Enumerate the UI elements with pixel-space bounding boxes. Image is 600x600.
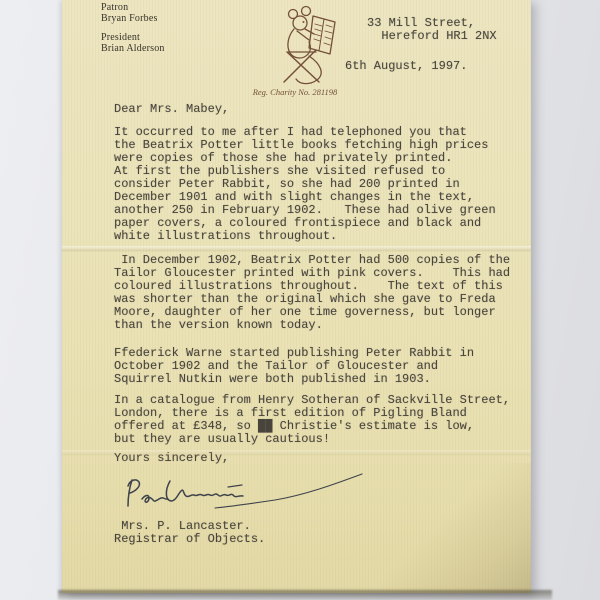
charity-registration-line: Reg. Charity No. 281198 — [200, 87, 390, 97]
mouse-reading-newspaper-icon — [267, 2, 353, 86]
body-paragraph-3: Ffederick Warne started publishing Peter… — [114, 347, 474, 386]
closing-line: Yours sincerely, — [114, 452, 229, 465]
signer-name-line: Mrs. P. Lancaster. — [114, 519, 251, 533]
body-paragraph-2: In December 1902, Beatrix Potter had 500… — [114, 254, 510, 332]
president-name: Brian Alderson — [101, 43, 165, 54]
handwritten-signature — [120, 466, 380, 516]
sender-address: 33 Mill Street, Hereford HR1 2NX — [367, 17, 497, 43]
letter-paper: PatronBryan Forbes PresidentBrian Alders… — [62, 0, 531, 593]
president-label: President — [101, 32, 140, 43]
letter-date: 6th August, 1997. — [345, 60, 467, 73]
fold-crease — [62, 246, 531, 252]
paper-corner-shadow — [381, 463, 531, 593]
salutation-line: Dear Mrs. Mabey, — [114, 103, 229, 116]
patron-label: Patron — [101, 2, 128, 13]
paper-edge-shadow — [58, 590, 552, 600]
body-paragraph-1: It occurred to me after I had telephoned… — [114, 126, 496, 243]
signer-block: Mrs. P. Lancaster.Registrar of Objects. — [114, 520, 265, 546]
signer-title-line: Registrar of Objects. — [114, 532, 265, 546]
letterhead-president: PresidentBrian Alderson — [101, 32, 165, 54]
photo-background: PatronBryan Forbes PresidentBrian Alders… — [0, 0, 600, 600]
patron-name: Bryan Forbes — [101, 13, 158, 24]
body-paragraph-4: In a catalogue from Henry Sotheran of Sa… — [114, 394, 510, 446]
letterhead-patron: PatronBryan Forbes — [101, 2, 158, 24]
